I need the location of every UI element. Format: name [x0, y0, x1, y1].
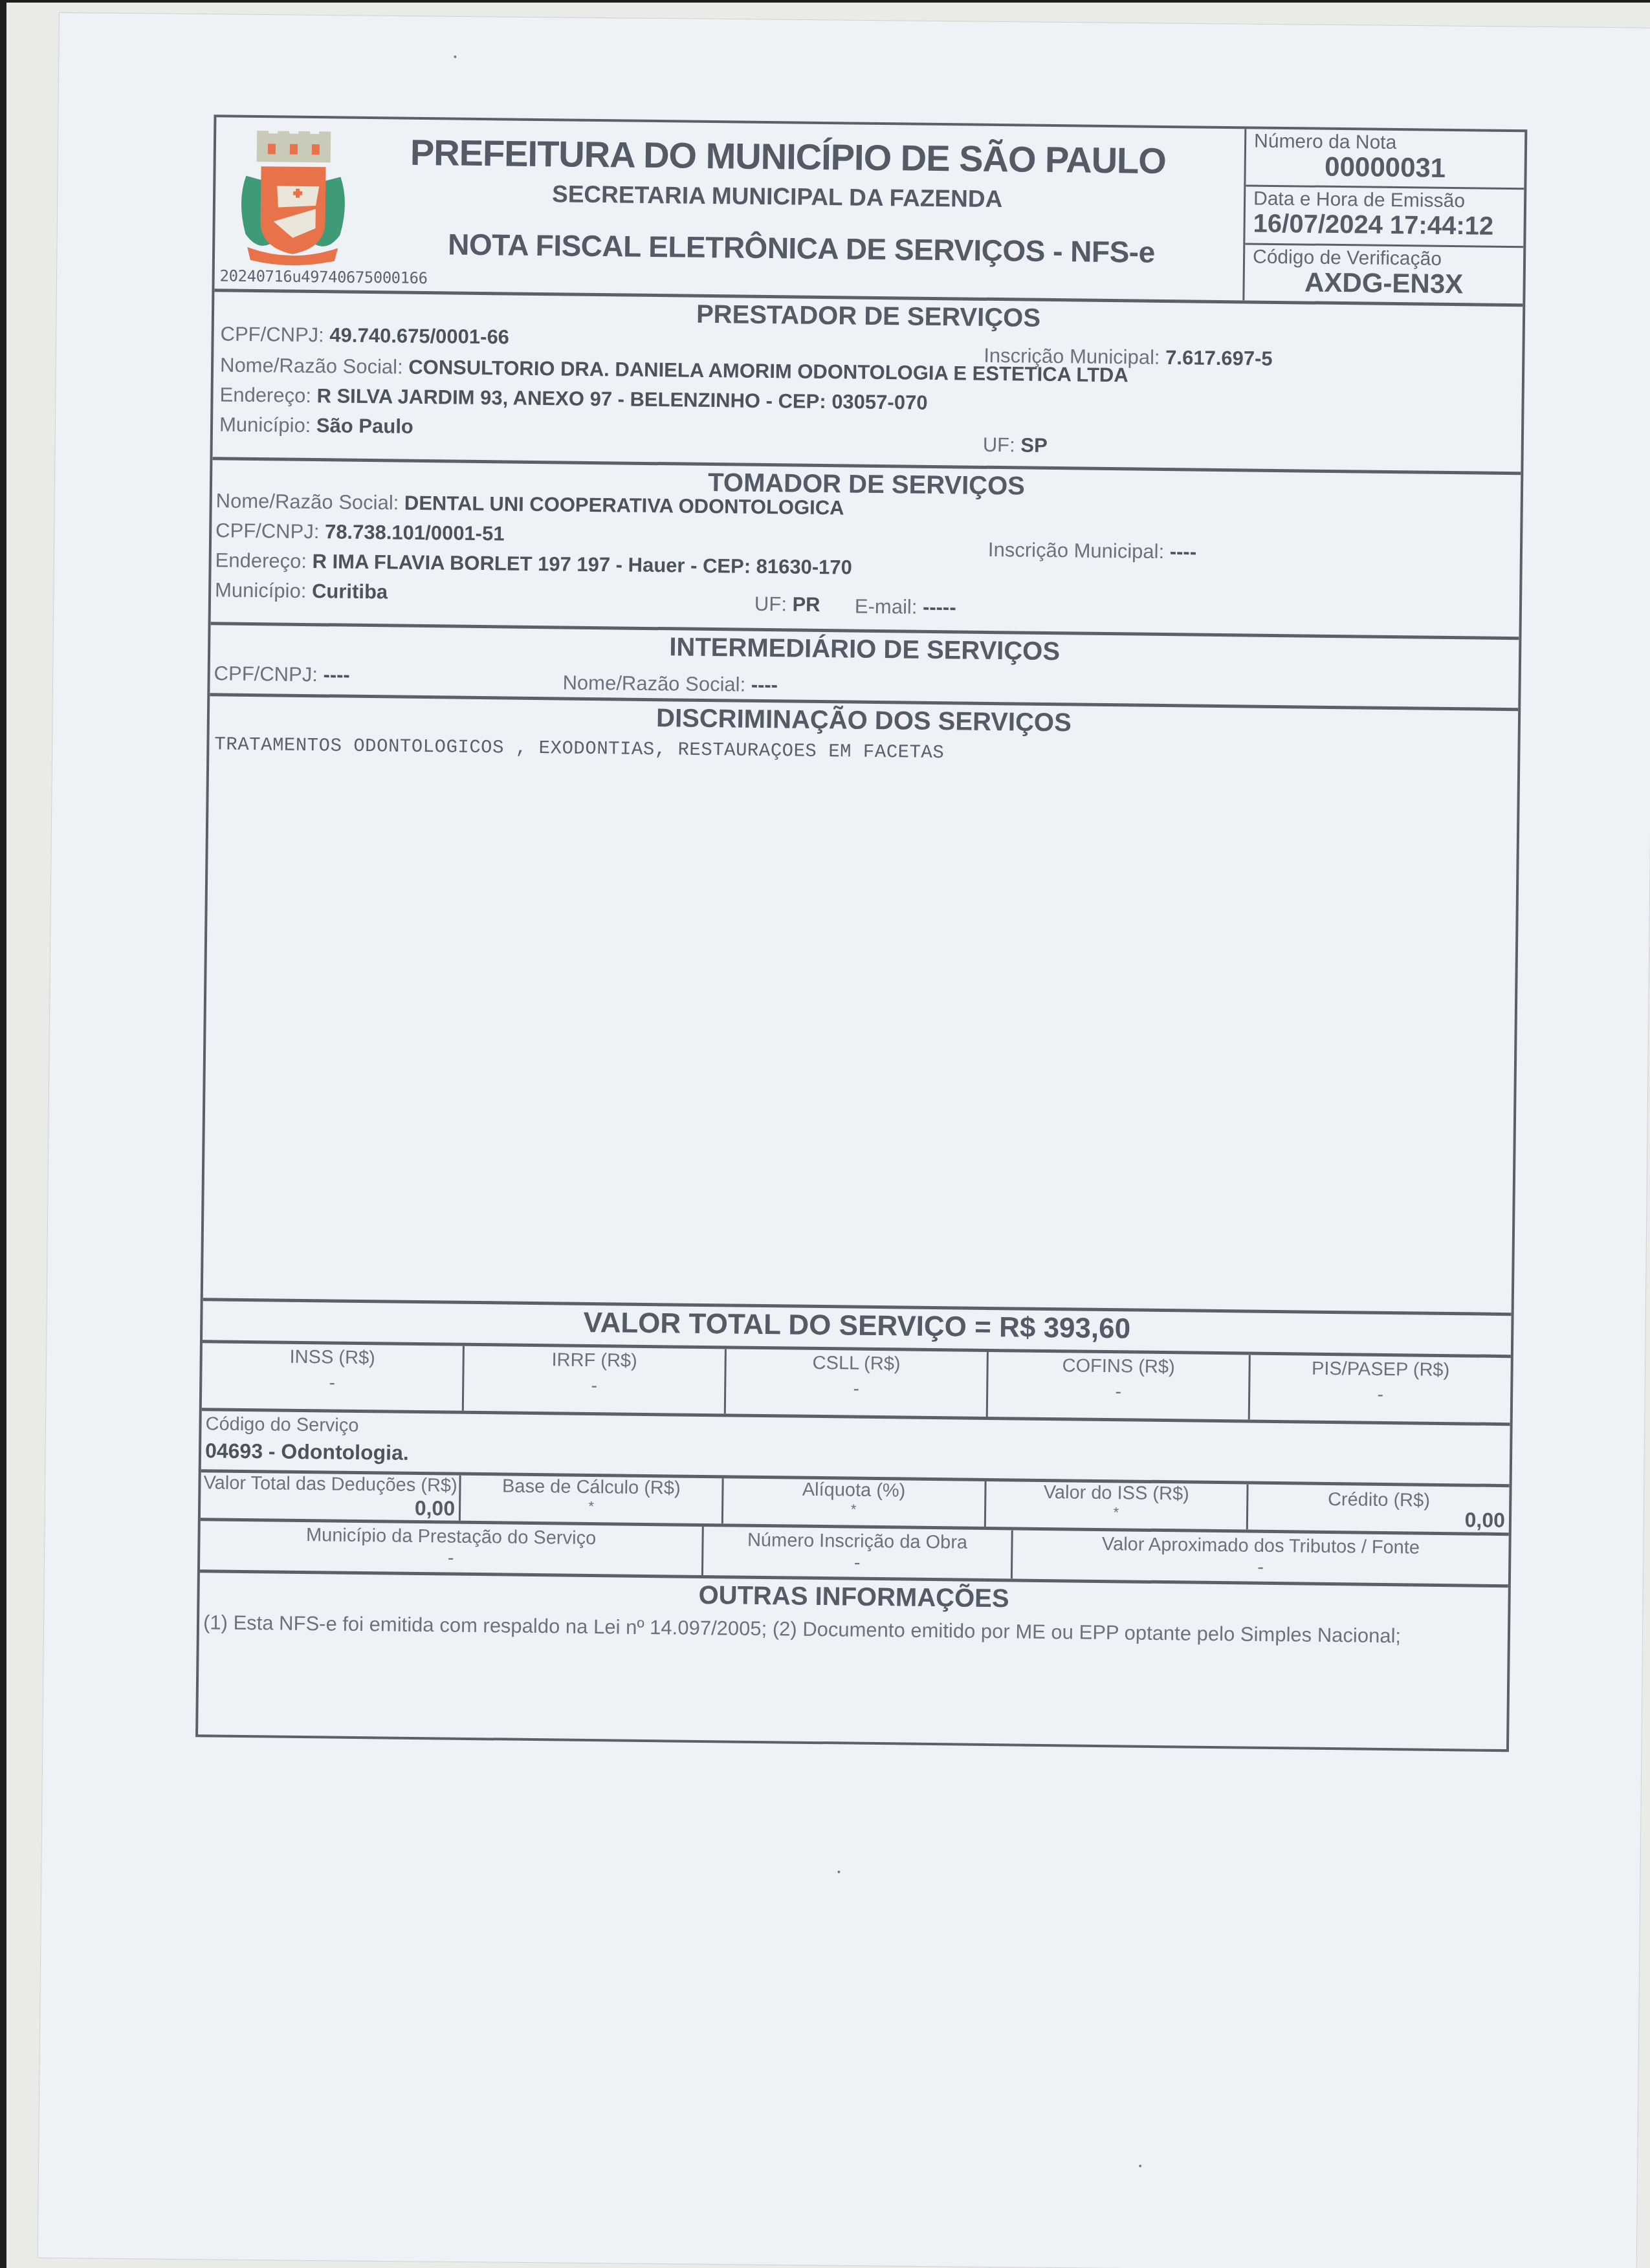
- tributo-value: -: [202, 1371, 462, 1395]
- tomador-inscricao-value: ----: [1170, 540, 1197, 563]
- prestador-endereco-value: R SILVA JARDIM 93, ANEXO 97 - BELENZINHO…: [316, 384, 927, 414]
- scanner-edge: [0, 0, 6, 2268]
- tributo-label: INSS (R$): [203, 1346, 463, 1370]
- tributo-value: -: [726, 1377, 986, 1401]
- tributo-label: PIS/PASEP (R$): [1250, 1358, 1510, 1382]
- sao-paulo-crest-icon: [231, 131, 355, 271]
- intermediario-nome-label: Nome/Razão Social:: [562, 671, 745, 695]
- prestador-uf-label: UF:: [983, 433, 1015, 457]
- scanned-page: 20240716u49740675000166 PREFEITURA DO MU…: [38, 13, 1650, 2268]
- tributo-irrf: IRRF (R$) -: [464, 1346, 727, 1414]
- nfse-document: 20240716u49740675000166 PREFEITURA DO MU…: [195, 114, 1527, 1752]
- intermediario-cnpj-value: ----: [323, 663, 350, 686]
- valor-iss-value: *: [985, 1503, 1246, 1523]
- tomador-endereco-value: R IMA FLAVIA BORLET 197 197 - Hauer - CE…: [312, 550, 852, 578]
- tomador-uf: UF: PR: [754, 589, 820, 620]
- tomador-municipio-label: Município:: [215, 578, 307, 602]
- tomador-nome-label: Nome/Razão Social:: [216, 489, 399, 514]
- prestador-cnpj-label: CPF/CNPJ:: [220, 322, 324, 346]
- deducoes-label: Valor Total das Deduções (R$): [203, 1472, 459, 1496]
- numero-nota-value: 00000031: [1253, 153, 1516, 183]
- inscricao-obra-value: -: [703, 1551, 1011, 1575]
- tributo-value: -: [1250, 1383, 1510, 1407]
- credito-cell: Crédito (R$) 0,00: [1248, 1485, 1510, 1533]
- tomador-municipio: Município: Curitiba: [215, 575, 388, 607]
- tributo-value: -: [464, 1374, 724, 1398]
- tomador-section: TOMADOR DE SERVIÇOS Nome/Razão Social: D…: [211, 460, 1521, 640]
- discriminacao-section: DISCRIMINAÇÃO DOS SERVIÇOS TRATAMENTOS O…: [203, 696, 1518, 1316]
- tributo-value: -: [988, 1380, 1248, 1404]
- tomador-cnpj-value: 78.738.101/0001-51: [325, 520, 505, 545]
- prestador-municipio-value: São Paulo: [316, 414, 413, 438]
- header-info-box: Número da Nota 00000031 Data e Hora de E…: [1244, 129, 1524, 303]
- intermediario-nome: Nome/Razão Social: ----: [562, 668, 778, 700]
- tributo-cofins: COFINS (R$) -: [988, 1352, 1251, 1420]
- intermediario-cnpj: CPF/CNPJ: ----: [214, 659, 350, 690]
- aliquota-label: Alíquota (%): [723, 1478, 984, 1503]
- tomador-nome-value: DENTAL UNI COOPERATIVA ODONTOLOGICA: [404, 492, 844, 519]
- data-emissao-value: 16/07/2024 17:44:12: [1253, 210, 1515, 241]
- inscricao-obra-cell: Número Inscrição da Obra -: [703, 1527, 1013, 1578]
- header-titles: 20240716u49740675000166 PREFEITURA DO MU…: [214, 117, 1246, 300]
- speck: [454, 56, 456, 58]
- prestador-uf-value: SP: [1020, 433, 1048, 456]
- prestador-inscricao-value: 7.617.697-5: [1165, 346, 1273, 370]
- prestador-municipio-label: Município:: [219, 413, 311, 437]
- prestador-nome-value: CONSULTORIO DRA. DANIELA AMORIM ODONTOLO…: [408, 356, 1128, 387]
- prestador-cnpj: CPF/CNPJ: 49.740.675/0001-66: [220, 319, 509, 352]
- codigo-verificacao-value: AXDG-EN3X: [1252, 268, 1515, 298]
- scanner-edge-top: [0, 0, 1650, 3]
- municipio-prestacao-cell: Município da Prestação do Serviço -: [200, 1521, 704, 1575]
- tomador-email-value: -----: [923, 596, 956, 619]
- base-calculo-cell: Base de Cálculo (R$) *: [461, 1476, 724, 1524]
- valor-iss-cell: Valor do ISS (R$) *: [985, 1481, 1249, 1530]
- credito-value: 0,00: [1464, 1508, 1505, 1532]
- barcode-number: 20240716u49740675000166: [220, 267, 428, 287]
- deducoes-cell: Valor Total das Deduções (R$) 0,00: [201, 1472, 461, 1521]
- prestador-endereco-label: Endereço:: [219, 383, 311, 407]
- tomador-cnpj-label: CPF/CNPJ:: [215, 519, 320, 543]
- intermediario-nome-value: ----: [751, 673, 778, 696]
- tributo-pis-pasep: PIS/PASEP (R$) -: [1250, 1355, 1511, 1423]
- document-header: 20240716u49740675000166 PREFEITURA DO MU…: [214, 117, 1524, 307]
- document-type-title: NOTA FISCAL ELETRÔNICA DE SERVIÇOS - NFS…: [448, 226, 1155, 269]
- numero-nota-cell: Número da Nota 00000031: [1246, 129, 1524, 190]
- tomador-cnpj: CPF/CNPJ: 78.738.101/0001-51: [215, 516, 505, 549]
- tomador-endereco-label: Endereço:: [215, 549, 307, 572]
- codigo-verificacao-cell: Código de Verificação AXDG-EN3X: [1244, 245, 1523, 303]
- prefeitura-title: PREFEITURA DO MUNICÍPIO DE SÃO PAULO: [410, 131, 1166, 182]
- tributo-label: COFINS (R$): [988, 1355, 1248, 1379]
- tomador-municipio-value: Curitiba: [312, 580, 388, 603]
- prestador-cnpj-value: 49.740.675/0001-66: [329, 323, 509, 348]
- speck: [1139, 2164, 1141, 2167]
- prestador-municipio: Município: São Paulo: [219, 409, 413, 441]
- tributo-csll: CSLL (R$) -: [726, 1349, 989, 1417]
- tributo-label: IRRF (R$): [465, 1349, 725, 1373]
- tomador-inscricao-label: Inscrição Municipal:: [988, 538, 1165, 563]
- prestador-nome-label: Nome/Razão Social:: [220, 353, 403, 378]
- deducoes-value: 0,00: [415, 1496, 456, 1521]
- speck: [837, 1871, 840, 1873]
- outras-informacoes-section: OUTRAS INFORMAÇÕES (1) Esta NFS-e foi em…: [198, 1573, 1508, 1749]
- prestador-uf: UF: SP: [983, 430, 1048, 461]
- valor-iss-label: Valor do ISS (R$): [986, 1481, 1247, 1506]
- data-emissao-cell: Data e Hora de Emissão 16/07/2024 17:44:…: [1245, 187, 1524, 248]
- tomador-uf-value: PR: [792, 593, 820, 615]
- tomador-inscricao: Inscrição Municipal: ----: [988, 535, 1197, 567]
- tomador-uf-label: UF:: [754, 593, 787, 616]
- aliquota-cell: Alíquota (%) *: [723, 1478, 987, 1527]
- tomador-email-label: E-mail:: [855, 595, 918, 618]
- tributo-label: CSLL (R$): [726, 1351, 986, 1376]
- aliquota-value: *: [723, 1499, 984, 1520]
- intermediario-cnpj-label: CPF/CNPJ:: [214, 662, 318, 686]
- secretaria-title: SECRETARIA MUNICIPAL DA FAZENDA: [552, 180, 1003, 213]
- base-calculo-value: *: [461, 1497, 721, 1517]
- valor-aproximado-cell: Valor Aproximado dos Tributos / Fonte -: [1013, 1530, 1509, 1584]
- tomador-email: E-mail: -----: [855, 592, 956, 623]
- discriminacao-text: TRATAMENTOS ODONTOLOGICOS , EXODONTIAS, …: [214, 734, 944, 763]
- prestador-section: PRESTADOR DE SERVIÇOS CPF/CNPJ: 49.740.6…: [212, 292, 1523, 475]
- inscricao-obra-label: Número Inscrição da Obra: [703, 1529, 1011, 1554]
- base-calculo-label: Base de Cálculo (R$): [461, 1476, 721, 1500]
- tributo-inss: INSS (R$) -: [202, 1343, 465, 1411]
